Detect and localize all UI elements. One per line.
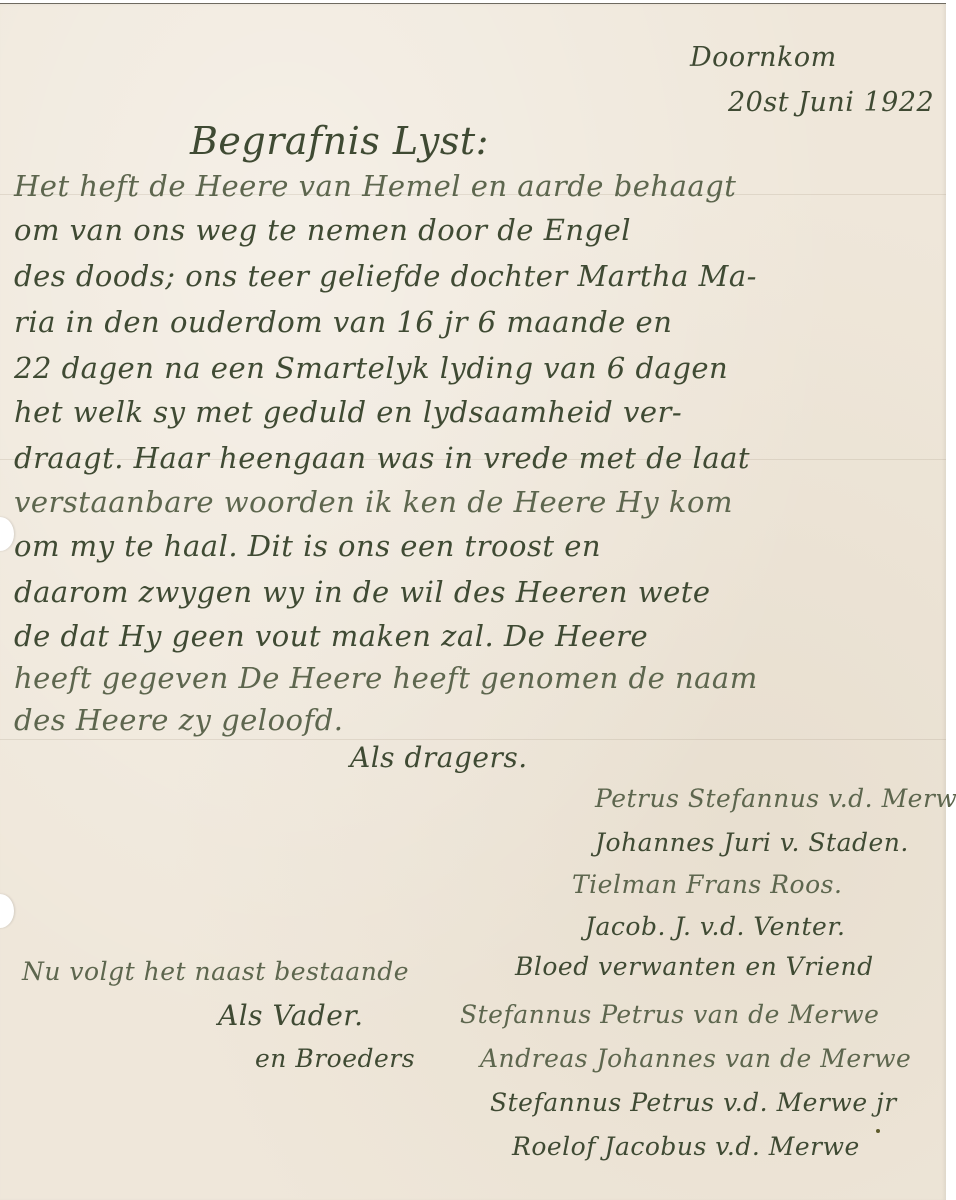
body-line: om my te haal. Dit is ons een troost en <box>14 532 601 561</box>
body-line: heeft gegeven De Heere heeft genomen de … <box>14 664 758 693</box>
brother-name: Andreas Johannes van de Merwe <box>480 1046 911 1071</box>
relatives-heading: Bloed verwanten en Vriend <box>515 954 874 979</box>
punch-hole-icon <box>0 894 14 928</box>
letter-place: Doornkom <box>690 44 837 71</box>
brother-name: Stefannus Petrus v.d. Merwe jr <box>490 1090 897 1115</box>
body-line: het welk sy met geduld en lydsaamheid ve… <box>14 398 682 427</box>
body-line: draagt. Haar heengaan was in vrede met d… <box>14 444 750 473</box>
body-line: daarom zwygen wy in de wil des Heeren we… <box>14 578 711 607</box>
bearer-name: Petrus Stefannus v.d. Merwe <box>595 786 956 811</box>
punch-hole-icon <box>0 517 14 551</box>
paper-fold-line <box>0 739 946 740</box>
body-line: om van ons weg te nemen door de Engel <box>14 216 631 245</box>
bearer-name: Tielman Frans Roos. <box>572 872 842 897</box>
relatives-intro: Nu volgt het naast bestaande <box>22 959 409 984</box>
bearer-name: Jacob. J. v.d. Venter. <box>585 914 846 939</box>
letter-paper: Doornkom 20st Juni 1922 Begrafnis Lyst: … <box>0 3 946 1200</box>
bearers-heading: Als dragers. <box>350 744 528 772</box>
body-line: verstaanbare woorden ik ken de Heere Hy … <box>14 488 733 517</box>
father-label: Als Vader. <box>218 1002 364 1030</box>
ink-speck <box>876 1129 880 1133</box>
body-line: Het heft de Heere van Hemel en aarde beh… <box>14 172 736 201</box>
letter-date: 20st Juni 1922 <box>728 89 934 116</box>
brother-name: Roelof Jacobus v.d. Merwe <box>512 1134 860 1159</box>
brothers-label: en Broeders <box>255 1046 415 1071</box>
document-title: Begrafnis Lyst: <box>190 122 489 160</box>
body-line: des Heere zy geloofd. <box>14 706 344 735</box>
father-name: Stefannus Petrus van de Merwe <box>460 1002 879 1027</box>
body-line: de dat Hy geen vout maken zal. De Heere <box>14 622 648 651</box>
bearer-name: Johannes Juri v. Staden. <box>595 830 909 855</box>
body-line: ria in den ouderdom van 16 jr 6 maande e… <box>14 308 672 337</box>
body-line: 22 dagen na een Smartelyk lyding van 6 d… <box>14 354 728 383</box>
body-line: des doods; ons teer geliefde dochter Mar… <box>14 262 757 291</box>
